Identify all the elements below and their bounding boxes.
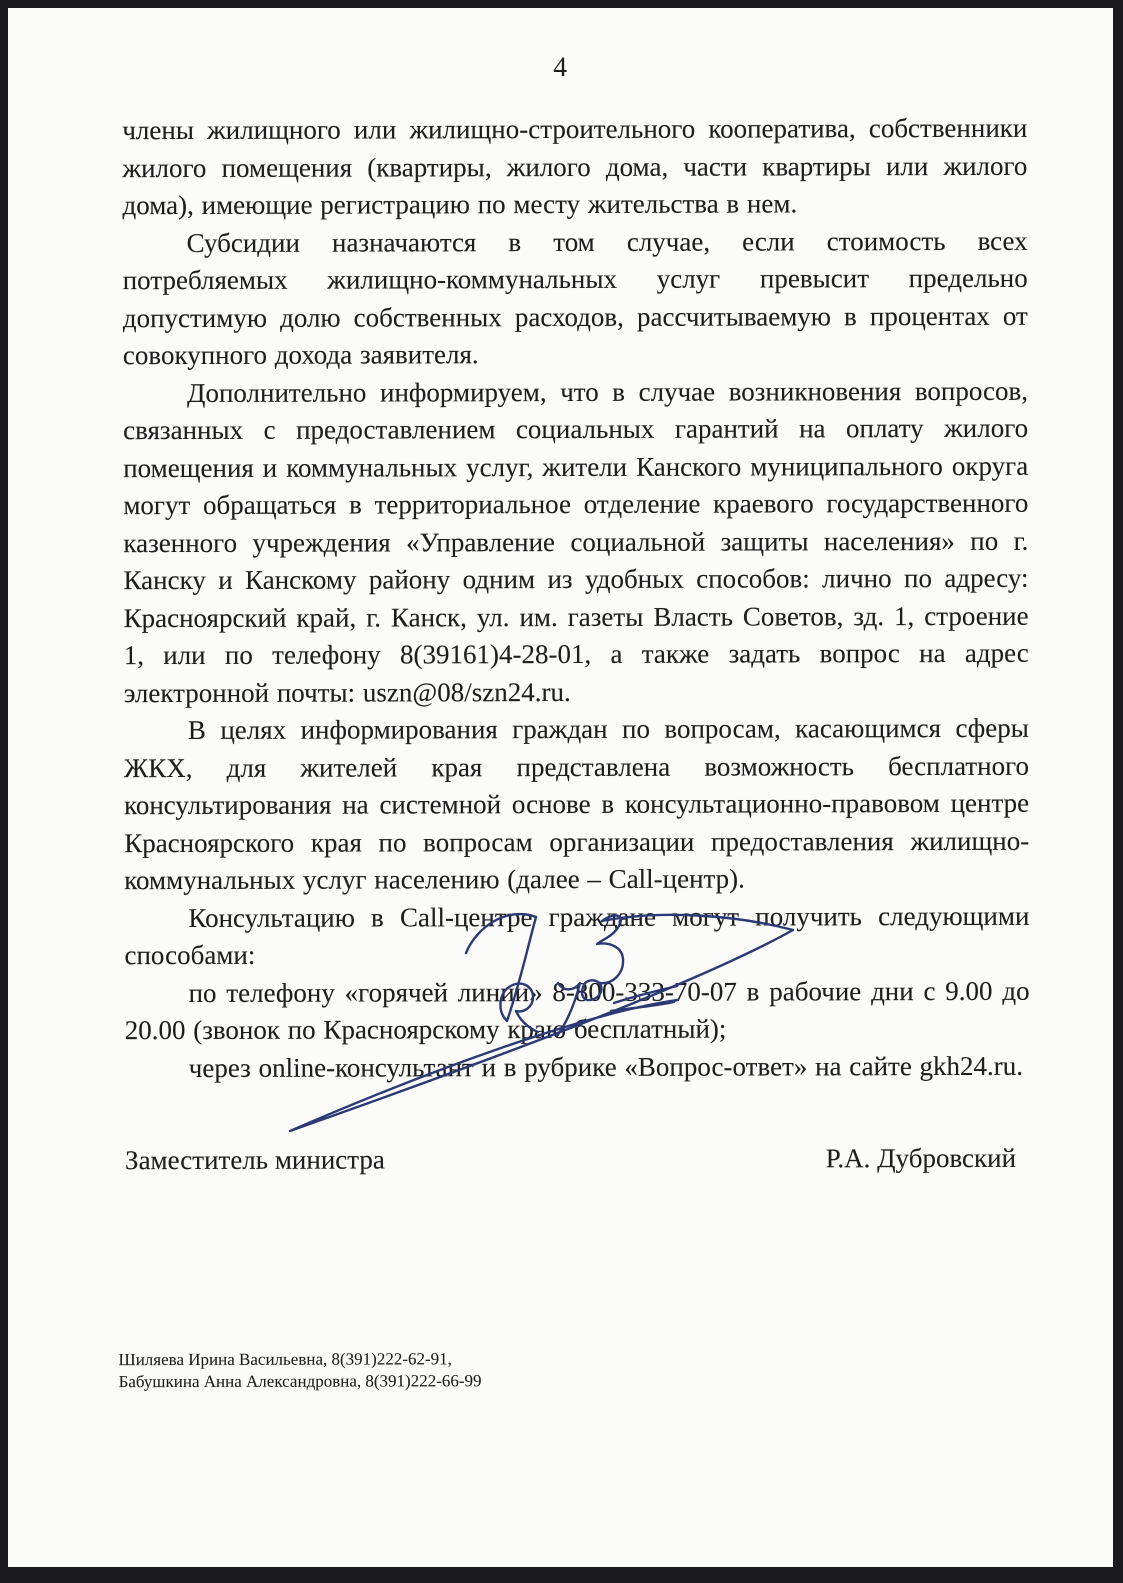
signer-position-title: Заместитель министра [125,1144,385,1176]
scanned-page-frame: 4 члены жилищного или жилищно-строительн… [0,0,1123,1583]
footer-contact-line: Шиляева Ирина Васильевна, 8(391)222-62-9… [119,1348,482,1370]
document-page: 4 члены жилищного или жилищно-строительн… [8,8,1113,1567]
body-paragraph: Консультацию в Call-центре граждане могу… [124,897,1029,974]
body-paragraph: Дополнительно информируем, что в случае … [123,372,1029,712]
body-paragraph: В целях информирования граждан по вопрос… [124,710,1029,900]
signature-block: Заместитель министра Р.А. Дубровский [11,1143,1113,1177]
body-paragraph: через online-консультант и в рубрике «Во… [125,1047,1030,1087]
page-number: 4 [8,8,1113,85]
signer-name: Р.А. Дубровский [826,1143,1016,1174]
footer-contact-line: Бабушкина Анна Александровна, 8(391)222-… [119,1370,482,1392]
body-paragraph: члены жилищного или жилищно-строительног… [122,110,1027,225]
body-paragraph: по телефону «горячей линии» 8-800-333-70… [125,972,1030,1049]
footer-contacts: Шиляева Ирина Васильевна, 8(391)222-62-9… [119,1348,482,1392]
document-body: члены жилищного или жилищно-строительног… [8,110,1113,1088]
page-content-wrapper: 4 члены жилищного или жилищно-строительн… [8,8,1113,1176]
body-paragraph: Субсидии назначаются в том случае, если … [123,222,1028,374]
